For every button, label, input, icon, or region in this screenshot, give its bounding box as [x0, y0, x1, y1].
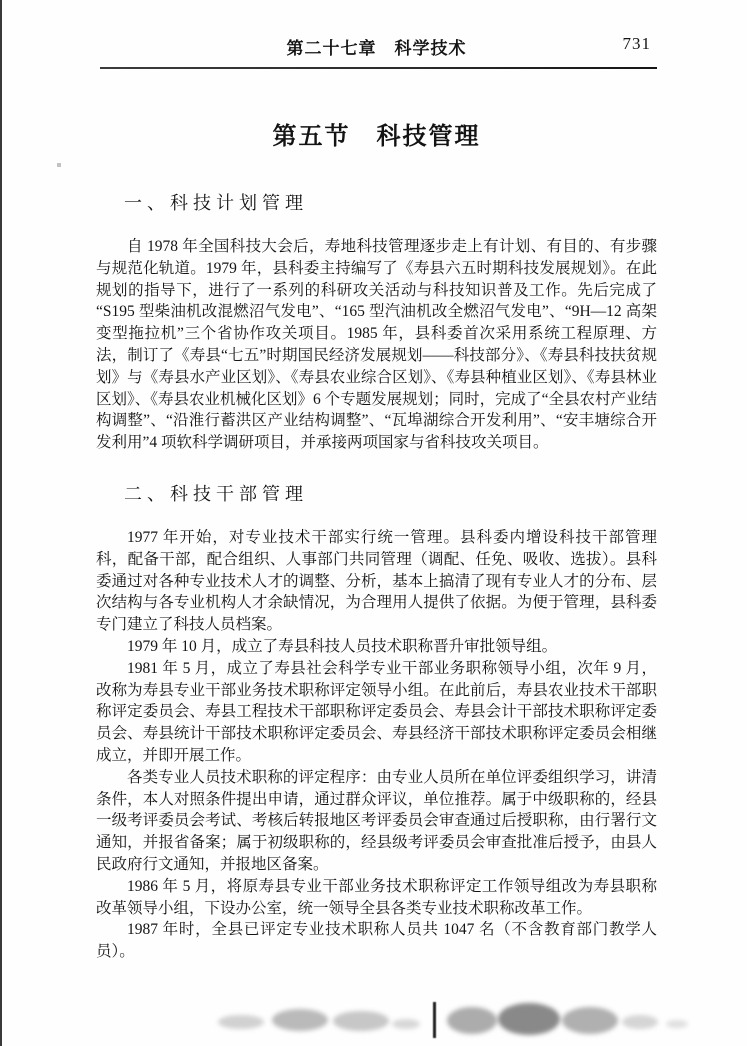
subsection-heading: 二、科技干部管理	[124, 481, 657, 507]
paragraph: 1979 年 10 月，成立了寿县科技人员技术职称晋升审批领导组。	[96, 636, 657, 658]
scan-smudge	[447, 1007, 497, 1034]
book-page: 第二十七章 科学技术 731 第五节 科技管理 一、科技计划管理 自 1978 …	[0, 0, 747, 1046]
scan-speck	[57, 163, 61, 167]
paragraph: 各类专业人员技术职称的评定程序：由专业人员所在单位评委组织学习，讲清条件，本人对…	[96, 767, 657, 876]
subsection-cadre-management: 二、科技干部管理 1977 年开始，对专业技术干部实行统一管理。县科委内增设科技…	[96, 481, 657, 963]
scan-smudge-line	[433, 1002, 436, 1038]
scanner-edge-artifact	[0, 0, 2, 1046]
header-rule	[100, 67, 657, 69]
paragraph: 自 1978 年全国科技大会后，寿地科技管理逐步走上有计划、有目的、有步骤与规范…	[96, 236, 657, 454]
scan-bleedthrough-artifact	[0, 995, 747, 1046]
scan-smudge	[333, 1011, 389, 1031]
scan-smudge	[622, 1015, 658, 1029]
scan-smudge	[218, 1015, 264, 1029]
subsection-heading: 一、科技计划管理	[124, 190, 657, 216]
paragraph: 1986 年 5 月，将原寿县专业干部业务技术职称评定工作领导组改为寿县职称改革…	[96, 876, 657, 920]
running-header: 第二十七章 科学技术 731	[96, 34, 657, 58]
paragraph: 1981 年 5 月，成立了寿县社会科学专业干部业务职称领导小组，次年 9 月，…	[96, 658, 657, 767]
subsection-planning: 一、科技计划管理 自 1978 年全国科技大会后，寿地科技管理逐步走上有计划、有…	[96, 190, 657, 454]
scan-smudge	[666, 1020, 688, 1028]
scan-smudge	[562, 1007, 618, 1034]
paragraph: 1977 年开始，对专业技术干部实行统一管理。县科委内增设科技干部管理科，配备干…	[96, 527, 657, 636]
page-content: 一、科技计划管理 自 1978 年全国科技大会后，寿地科技管理逐步走上有计划、有…	[96, 190, 657, 963]
paragraph: 1987 年时，全县已评定专业技术职称人员共 1047 名（不含教育部门教学人员…	[96, 919, 657, 963]
page-number: 731	[623, 34, 652, 54]
scan-smudge	[392, 1019, 420, 1029]
scan-smudge	[498, 1003, 560, 1035]
section-title: 第五节 科技管理	[96, 116, 657, 151]
chapter-title: 第二十七章 科学技术	[96, 34, 657, 59]
scan-smudge	[272, 1009, 328, 1031]
